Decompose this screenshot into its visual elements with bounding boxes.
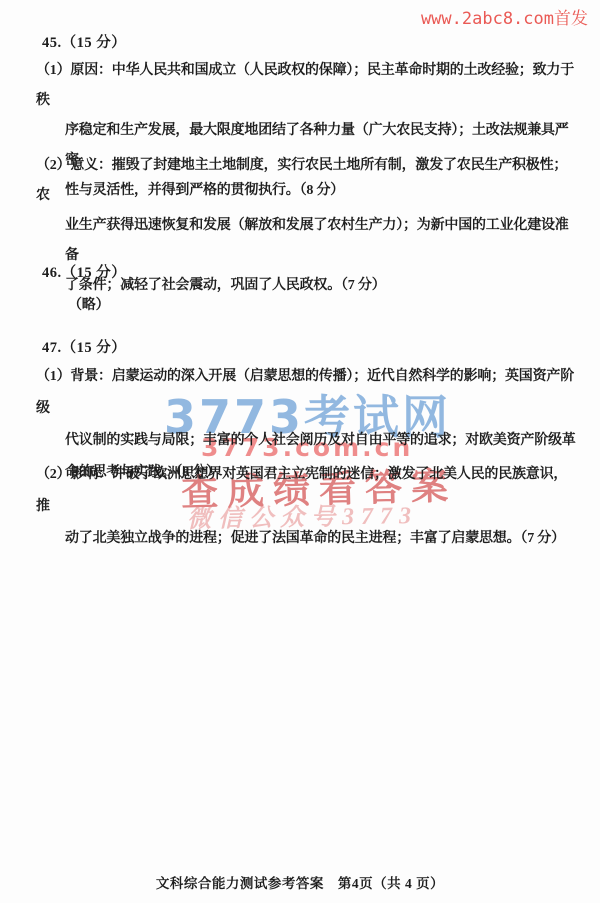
question-47-answer-2: （2）影响：冲破了欧洲思想界对英国君主立宪制的迷信；激发了北美人民的民族意识，推… (36, 459, 576, 555)
question-47-heading: 47.（15 分） (42, 336, 126, 357)
page-footer: 文科综合能力测试参考答案 第4页（共 4 页） (0, 872, 600, 892)
answer-line: 代议制的实践与局限；丰富的个人社会阅历及对自由平等的追求；对欧美资产阶级革 (36, 425, 576, 457)
scanned-answer-page: 3773考试网 3773.com.cn 查成绩看答案 微信公众号3773 www… (0, 0, 600, 903)
answer-line: 动了北美独立战争的进程；促进了法国革命的民主进程；丰富了启蒙思想。（7 分） (36, 523, 576, 555)
answer-line: （2）影响：冲破了欧洲思想界对英国君主立宪制的迷信；激发了北美人民的民族意识，推 (36, 459, 576, 523)
answer-line: （1）原因：中华人民共和国成立（人民政权的保障）；民主革命时期的土改经验；致力于… (36, 56, 576, 116)
answer-line: （略） (68, 291, 600, 321)
question-46-heading: 46.（15 分） (42, 261, 126, 282)
answer-line: （2）意义：摧毁了封建地主土地制度，实行农民土地所有制，激发了农民生产积极性；农 (36, 151, 576, 211)
source-url-text: www.2abc8.com首发 (421, 4, 588, 29)
question-45-heading: 45.（15 分） (42, 31, 126, 52)
answer-line: （1）背景：启蒙运动的深入开展（启蒙思想的传播）；近代自然科学的影响；英国资产阶… (36, 361, 576, 425)
question-46-answer: （略） (68, 291, 600, 321)
